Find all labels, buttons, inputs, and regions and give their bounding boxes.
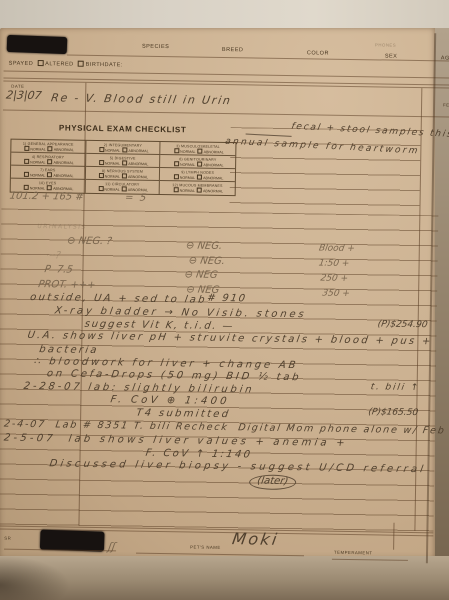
birthdate-label: BIRTHDATE: [86,62,123,69]
entry-text-handwriting: Re - V. Blood still in Urin [50,92,232,106]
spay-row: SPAYEDALTEREDBIRTHDATE: [9,60,123,69]
checklist-cell: 9) LYMPH NODESNORMALABNORMAL [160,168,235,182]
urinalysis-mid-2: ⊖ NEG [184,270,219,280]
species-label: SPECIES [142,45,169,51]
note-annotation: t. bili ↑ [370,383,420,393]
altered-checkbox [78,61,84,67]
checklist-cell: 8) NERVOUS SYSTEMNORMALABNORMAL [86,167,161,181]
exam-checklist-grid: 1) GENERAL APPEARANCENORMALABNORMAL 2) I… [10,139,237,197]
normal-checkbox [24,146,29,151]
checklist-cell: 12) MUCOUS MEMBRANESNORMALABNORMAL [160,181,235,195]
abnormal-checkbox [197,174,202,179]
footer-column-line [393,523,394,550]
normal-checkbox [98,186,103,191]
checklist-cell: 4) RESPIRATORYNORMALABNORMAL [11,153,86,167]
spayed-label: SPAYED [9,61,34,67]
normal-checkbox [174,187,179,192]
urinalysis-mid-1: ⊖ NEG. [188,256,226,267]
abnormal-checkbox [48,159,53,164]
note-fee: (P)$254.90 [377,320,428,330]
ruled-line [4,71,449,79]
color-label: COLOR [307,51,329,57]
note-line: T4 submitted [135,409,231,420]
fee-label: FE [443,103,449,107]
normal-checkbox [174,174,179,179]
normal-checkbox [99,160,104,165]
abnormal-checkbox [47,172,52,177]
urinalysis-left-1: ···? [45,251,61,261]
abnormal-checkbox [48,146,53,151]
footer-underline [332,559,408,561]
checklist-options: NORMALABNORMAL [160,187,235,195]
card-content: PHONES SPECIES BREED COLOR SEX AG SPAYED… [0,0,449,600]
phones-label: PHONES [375,43,396,48]
normal-checkbox [174,148,179,153]
normal-checkbox [174,161,179,166]
breed-label: BREED [222,48,244,54]
urinalysis-right-1: 1:50 + [318,259,350,268]
scanned-vet-record-photo: PHONES SPECIES BREED COLOR SEX AG SPAYED… [0,0,449,600]
footer-corner-label: SR [4,537,11,541]
note-line: # 910 [206,294,247,305]
temperament-label: TEMPERAMENT [334,551,373,556]
note-line: F. CoV ⊕ 1:400 [110,395,231,407]
normal-checkbox [99,147,104,152]
pet-name-handwriting: Moki [231,531,280,548]
checklist-cell: 7) EARSNORMALABNORMAL [11,166,86,180]
checklist-cell: 2) INTEGUMENTARYNORMALABNORMAL [86,141,161,155]
urinalysis-header: URINALYSIS [37,224,87,231]
redacted-owner-name [7,35,68,54]
abnormal-checkbox [47,185,52,190]
urinalysis-mid-0: ⊖ NEG. [185,241,223,252]
footer-underline [136,553,304,557]
urinalysis-left-3: PROT. +++ [37,280,96,291]
ruled-line [3,110,449,118]
abnormal-checkbox [197,187,202,192]
abnormal-checkbox [122,147,127,152]
urinalysis-right-2: 250 + [320,275,349,284]
normal-checkbox [99,173,104,178]
urinalysis-right-0: Blood + [318,244,355,254]
vitals-handwriting: 101.2 + 165 # = 5 [9,192,147,204]
urinalysis-right-3: 350 + [321,290,350,299]
abnormal-checkbox [197,161,202,166]
abnormal-checkbox [122,186,127,191]
spayed-checkbox [37,60,43,66]
note-line: bacteria [38,345,99,356]
note-fee: (P)$165.50 [368,408,419,418]
checklist-cell: 1) GENERAL APPEARANCENORMALABNORMAL [11,140,86,154]
abnormal-checkbox [122,160,127,165]
entry-date-handwriting: 2|3|07 [5,90,42,102]
normal-checkbox [24,185,29,190]
altered-label: ALTERED [45,61,74,67]
checklist-title: PHYSICAL EXAM CHECKLIST [11,123,235,136]
normal-checkbox [24,172,29,177]
urinalysis-left-0: ⊖ NEG. ? [66,237,112,248]
pets-name-label: PET'S NAME [190,545,221,550]
note-line: F. CoV ↑ 1:140 [145,449,253,461]
abnormal-checkbox [198,148,203,153]
abnormal-checkbox [122,173,127,178]
ruled-lines-right [230,127,421,207]
normal-checkbox [24,159,29,164]
checklist-cell: 6) GENITOURINARYNORMALABNORMAL [160,155,235,169]
checklist-cell: 5) DIGESTIVENORMALABNORMAL [86,154,161,168]
urinalysis-left-2: P 7.5 [44,265,74,275]
